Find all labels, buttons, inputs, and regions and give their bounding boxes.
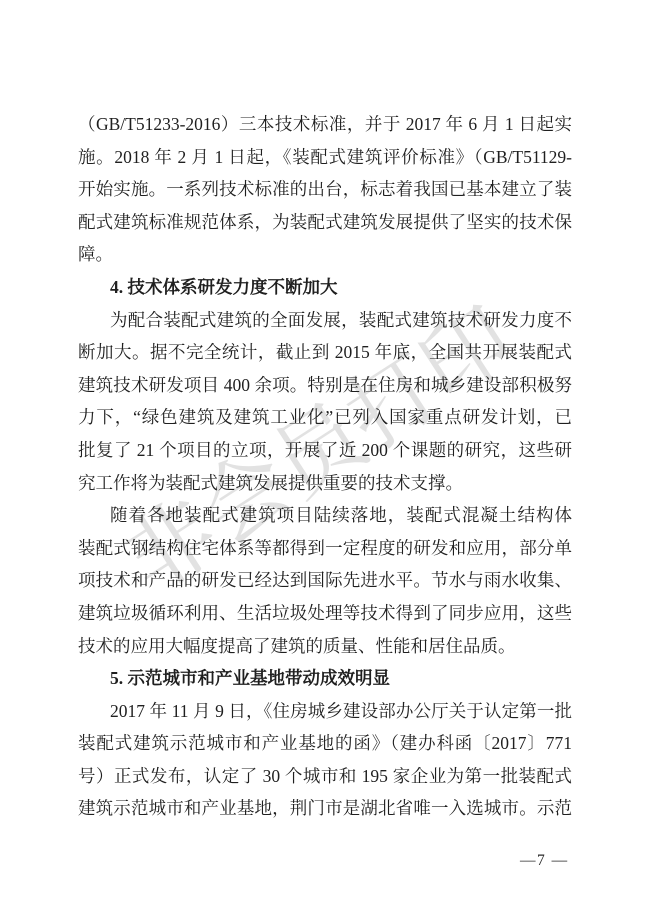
text-line: 批复了 21 个项目的立项，开展了近 200 个课题的研究，这些研 [78,434,572,467]
text-line: 建筑技术研发项目 400 余项。特别是在住房和城乡建设部积极努 [78,369,572,402]
text-line: 随着各地装配式建筑项目陆续落地，装配式混凝土结构体系、 [78,499,572,532]
text-line: 开始实施。一系列技术标准的出台，标志着我国已基本建立了装 [78,173,572,206]
page-number: —7 — [520,852,569,870]
text-line: 建筑示范城市和产业基地，荆门市是湖北省唯一入选城市。示范 [78,792,572,825]
text-line: 项技术和产品的研发已经达到国际先进水平。节水与雨水收集、 [78,564,572,597]
text-line: 障。 [78,238,572,271]
page-body: （GB/T51233-2016）三本技术标准，并于 2017 年 6 月 1 日… [78,108,572,825]
text-line: 建筑垃圾循环利用、生活垃圾处理等技术得到了同步应用，这些 [78,597,572,630]
text-line: 为配合装配式建筑的全面发展，装配式建筑技术研发力度不 [78,304,572,337]
text-line: 力下，“绿色建筑及建筑工业化”已列入国家重点研发计划，已 [78,401,572,434]
text-line: 2017 年 11 月 9 日，《住房城乡建设部办公厅关于认定第一批 [78,695,572,728]
text-line: 断加大。据不完全统计，截止到 2015 年底，全国共开展装配式 [78,336,572,369]
section-heading: 5. 示范城市和产业基地带动成效明显 [78,662,572,695]
text-line: 配式建筑标准规范体系，为装配式建筑发展提供了坚实的技术保 [78,206,572,239]
text-line: 装配式建筑示范城市和产业基地的函》（建办科函〔2017〕771 [78,727,572,760]
section-heading: 4. 技术体系研发力度不断加大 [78,271,572,304]
text-line: （GB/T51233-2016）三本技术标准，并于 2017 年 6 月 1 日… [78,108,572,141]
text-line: 号）正式发布，认定了 30 个城市和 195 家企业为第一批装配式 [78,760,572,793]
text-line: 施。2018 年 2 月 1 日起，《装配式建筑评价标准》（GB/T51129-… [78,141,572,174]
text-line: 装配式钢结构住宅体系等都得到一定程度的研发和应用，部分单 [78,532,572,565]
text-line: 技术的应用大幅度提高了建筑的质量、性能和居住品质。 [78,630,572,663]
document-page: 非会员打印 （GB/T51233-2016）三本技术标准，并于 2017 年 6… [0,0,650,919]
text-line: 究工作将为装配式建筑发展提供重要的技术支撑。 [78,467,572,500]
